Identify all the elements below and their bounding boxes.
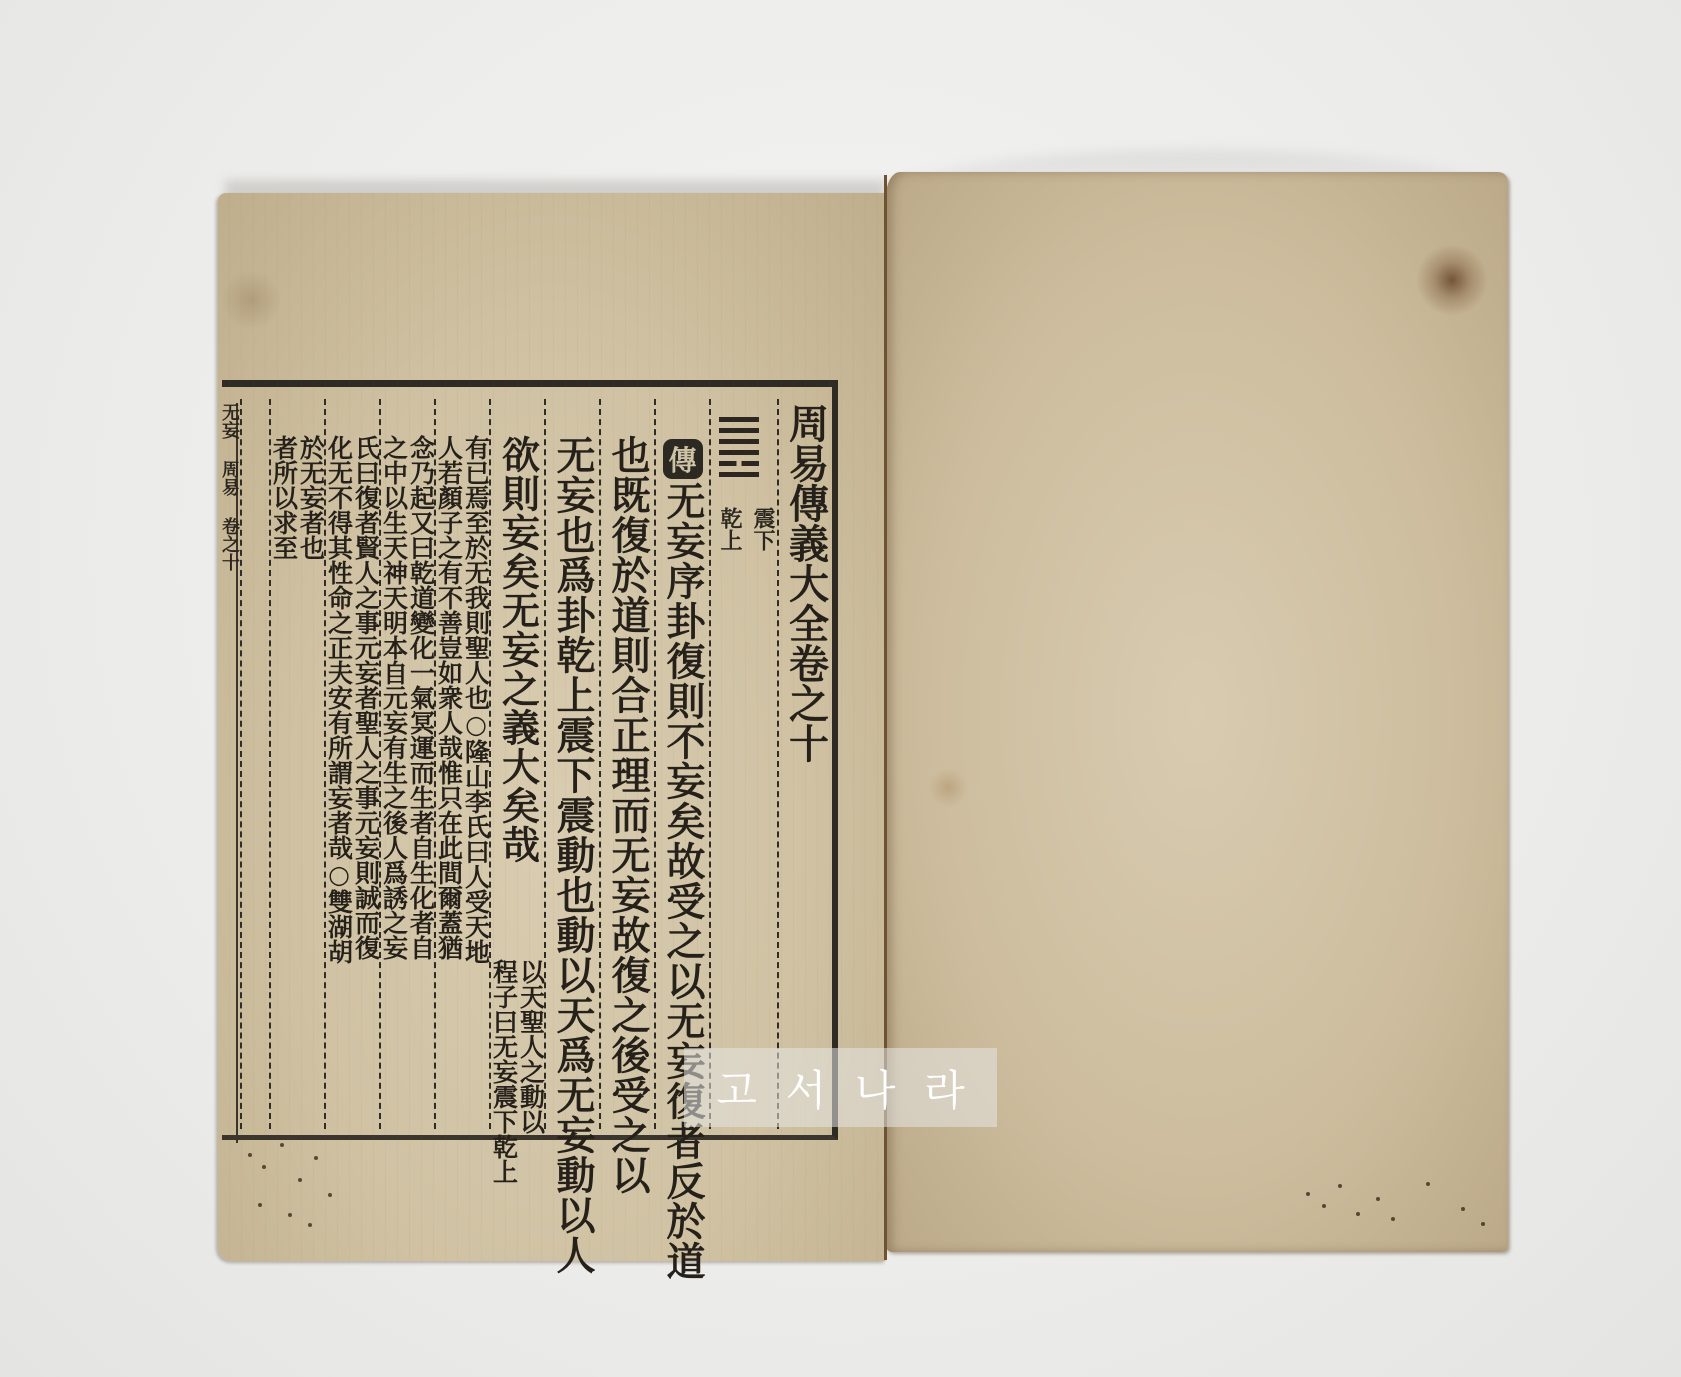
print-frame: 周易傳義大全卷之十 乾上 震下 傳 无妄序卦復則不妄矣故受之以无妄復者反於道 也… [222, 380, 838, 1140]
small-text-column: 化无不得其性命之正夫安有所謂妄者哉○雙湖胡 氏曰復者賢人之事元妄者聖人之事元妄則… [324, 399, 379, 1129]
column-text: 无妄序卦復則不妄矣故受之以无妄復者反於道 [663, 481, 702, 1281]
column-text: 程子曰无妄震下乾上 [492, 959, 517, 1184]
column-text: 无妄也爲卦乾上震下震動也動以天爲无妄動以人 [553, 435, 592, 1275]
spine-text: 无妄 周易 卷之十 [220, 403, 238, 571]
column-text: 有已焉至於无我則聖人也○隆山李氏曰人受天地 [464, 435, 489, 964]
small-text-pair: 者所以求至 於无妄者也 [271, 435, 324, 560]
watermark: 고 서 나 라 [684, 1048, 997, 1127]
small-text-pair: 之中以生天神天明本自元妄有生之後人爲誘之妄 念乃起又曰乾道變化一氣冥運而生者自生… [381, 435, 434, 960]
text-column: 也既復於道則合正理而无妄故復之後受之以 [599, 399, 654, 1129]
text-column: 欲則妄矣无妄之義大矣哉 程子曰无妄震下乾上 以天聖人之動以 [489, 399, 544, 1129]
block-center-fragment: 无妄 周易 卷之十 [218, 403, 238, 1143]
hexagram-column: 乾上 震下 [709, 399, 777, 1129]
text-column: 傳 无妄序卦復則不妄矣故受之以无妄復者反於道 [654, 399, 709, 1129]
commentary-badge: 傳 [663, 439, 703, 479]
column-text: 於无妄者也 [299, 435, 324, 560]
title-column: 周易傳義大全卷之十 [777, 399, 832, 1129]
small-text-column: 人若顏子之有不善豈如衆人哉惟只在此間爾蓋猶 有已焉至於无我則聖人也○隆山李氏曰人… [434, 399, 489, 1129]
small-text-pair: 化无不得其性命之正夫安有所謂妄者哉○雙湖胡 氏曰復者賢人之事元妄者聖人之事元妄則… [326, 435, 379, 964]
small-text-column: 之中以生天神天明本自元妄有生之後人爲誘之妄 念乃起又曰乾道變化一氣冥運而生者自生… [379, 399, 434, 1129]
column-text: 以天聖人之動以 [519, 959, 544, 1184]
book-title: 周易傳義大全卷之十 [786, 403, 826, 763]
watermark-char: 고 [716, 1058, 757, 1118]
upper-trigram-label: 乾上 [715, 507, 746, 551]
column-text: 之中以生天神天明本自元妄有生之後人爲誘之妄 [382, 435, 407, 960]
column-text: 氏曰復者賢人之事元妄者聖人之事元妄則誠而復 [354, 435, 379, 964]
watermark-char: 나 [855, 1058, 896, 1118]
empty-column [240, 399, 269, 1129]
small-text-column: 者所以求至 於无妄者也 [269, 399, 324, 1129]
small-text-pair: 人若顏子之有不善豈如衆人哉惟只在此間爾蓋猶 有已焉至於无我則聖人也○隆山李氏曰人… [436, 435, 489, 964]
column-text: 者所以求至 [272, 435, 297, 560]
column-text: 也既復於道則合正理而无妄故復之後受之以 [608, 435, 647, 1195]
hexagram-icon [719, 411, 759, 483]
small-text-pair: 程子曰无妄震下乾上 以天聖人之動以 [491, 959, 544, 1184]
column-text: 化无不得其性命之正夫安有所謂妄者哉○雙湖胡 [327, 435, 352, 964]
lower-trigram-label: 震下 [748, 507, 779, 551]
column-text: 念乃起又曰乾道變化一氣冥運而生者自生化者自 [409, 435, 434, 960]
column-text: 欲則妄矣无妄之義大矣哉 [499, 435, 537, 864]
hexagram-labels: 乾上 震下 [715, 507, 779, 551]
column-text: 人若顏子之有不善豈如衆人哉惟只在此間爾蓋猶 [437, 435, 462, 964]
text-column: 无妄也爲卦乾上震下震動也動以天爲无妄動以人 [544, 399, 599, 1129]
watermark-char: 라 [924, 1058, 965, 1118]
watermark-char: 서 [786, 1058, 827, 1118]
